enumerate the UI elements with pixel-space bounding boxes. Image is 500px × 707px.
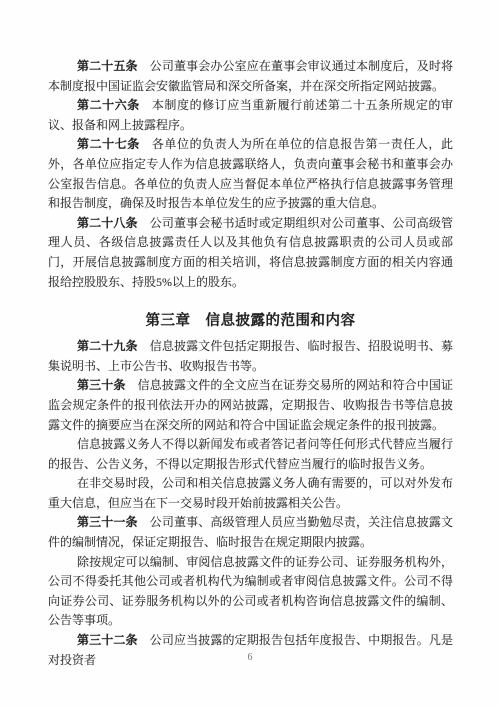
paragraph-article-31-cont: 除按规定可以编制、审阅信息披露文件的证券公司、证券服务机构外，公司不得委托其他公… (48, 553, 453, 631)
article-30-number: 第三十条 (77, 378, 126, 392)
paragraph-article-25: 第二十五条公司董事会办公室应在董事会审议通过本制度后，及时将本制度报中国证监会安… (48, 57, 453, 96)
page-number: 6 (0, 652, 500, 663)
paragraph-article-28: 第二十八条公司董事会秘书适时或定期组织对公司董事、公司高级管理人员、各级信息披露… (48, 214, 453, 292)
article-30-cont-1-text: 信息披露义务人不得以新闻发布或者答记者问等任何形式代替应当履行的报告、公告义务，… (48, 437, 453, 471)
article-32-number: 第三十二条 (77, 633, 138, 647)
article-26-number: 第二十六条 (77, 98, 140, 112)
article-30-cont-2-text: 在非交易时段，公司和相关信息披露义务人确有需要的，可以对外发布重大信息，但应当在… (48, 476, 453, 510)
paragraph-article-31: 第三十一条公司董事、高级管理人员应当勤勉尽责，关注信息披露文件的编制情况，保证定… (48, 513, 453, 552)
article-31-cont-text: 除按规定可以编制、审阅信息披露文件的证券公司、证券服务机构外，公司不得委托其他公… (48, 555, 453, 628)
article-31-number: 第三十一条 (77, 515, 138, 529)
paragraph-article-30-cont-1: 信息披露义务人不得以新闻发布或者答记者问等任何形式代替应当履行的报告、公告义务，… (48, 435, 453, 474)
article-29-number: 第二十九条 (77, 339, 138, 353)
paragraph-article-29: 第二十九条信息披露文件包括定期报告、临时报告、招股说明书、募集说明书、上市公告书… (48, 337, 453, 376)
document-page: 第二十五条公司董事会办公室应在董事会审议通过本制度后，及时将本制度报中国证监会安… (0, 0, 500, 707)
paragraph-article-30-cont-2: 在非交易时段，公司和相关信息披露义务人确有需要的，可以对外发布重大信息，但应当在… (48, 474, 453, 513)
chapter-heading: 第三章 信息披露的范围和内容 (48, 311, 453, 332)
paragraph-article-30: 第三十条信息披露文件的全文应当在证券交易所的网站和符合中国证监会规定条件的报刊依… (48, 376, 453, 435)
paragraph-article-26: 第二十六条本制度的修订应当重新履行前述第二十五条所规定的审议、报备和网上披露程序… (48, 96, 453, 135)
document-body: 第二十五条公司董事会办公室应在董事会审议通过本制度后，及时将本制度报中国证监会安… (48, 57, 453, 670)
article-25-number: 第二十五条 (77, 59, 138, 73)
paragraph-article-32: 第三十二条公司应当披露的定期报告包括年度报告、中期报告。凡是对投资者 (48, 631, 453, 670)
article-27-number: 第二十七条 (77, 137, 140, 151)
paragraph-article-27: 第二十七条各单位的负责人为所在单位的信息报告第一责任人，此外，各单位应指定专人作… (48, 135, 453, 213)
article-28-number: 第二十八条 (77, 216, 138, 230)
